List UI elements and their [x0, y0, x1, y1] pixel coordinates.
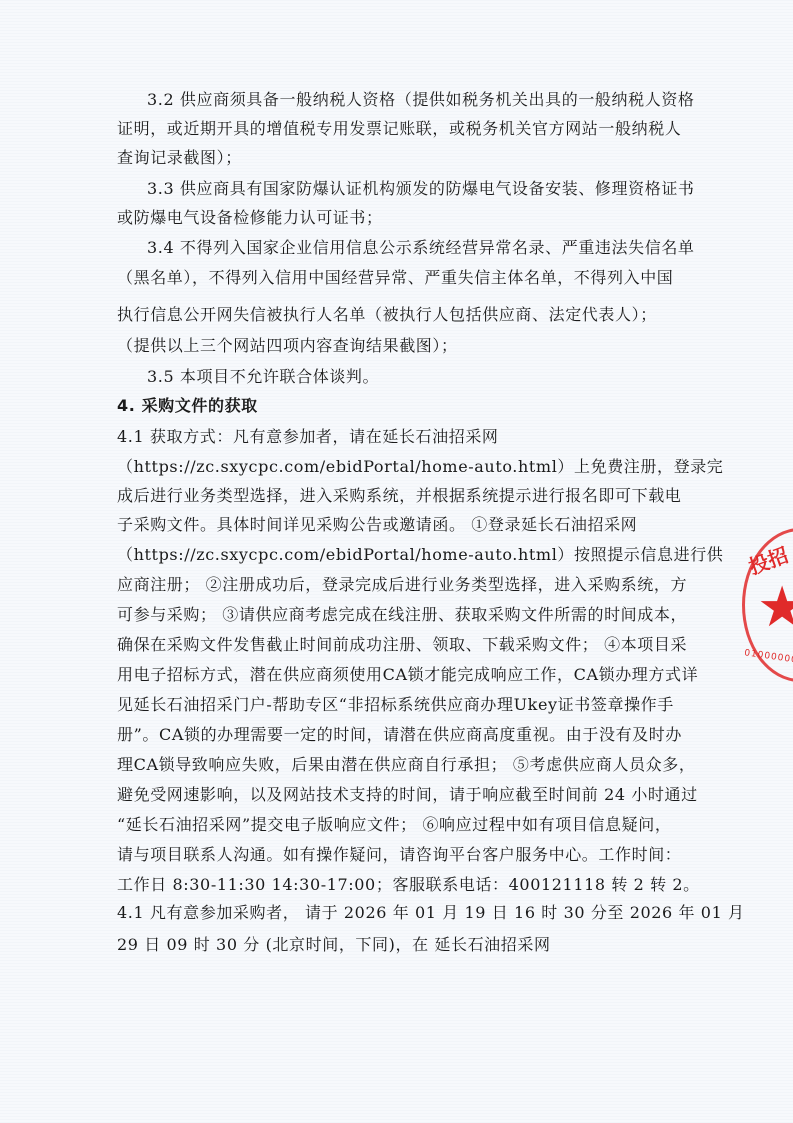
clause-4-1-line-16: 工作日 8:30-11:30 14:30-17:00；客服联系电话：400121…: [117, 873, 697, 897]
seal-star-icon: ★: [757, 580, 793, 636]
clause-3-4-line-2: （黑名单），不得列入信用中国经营异常、严重失信主体名单，不得列入中国: [117, 266, 697, 290]
clause-4-1-line-10: 见延长石油招采门户-帮助专区“非招标系统供应商办理Ukey证书签章操作手: [117, 693, 697, 717]
clause-3-2-line-2: 证明，或近期开具的增值税专用发票记账联，或税务机关官方网站一般纳税人: [117, 117, 697, 141]
clause-4-1-line-5: （https://zc.sxycpc.com/ebidPortal/home-a…: [117, 543, 697, 567]
clause-4-1-line-9: 用电子招标方式，潜在供应商须使用CA锁才能完成响应工作，CA锁办理方式详: [117, 663, 697, 687]
clause-3-3-line-1: 3.3 供应商具有国家防爆认证机构颁发的防爆电气设备安装、修理资格证书: [147, 177, 727, 201]
clause-3-2-line-1: 3.2 供应商须具备一般纳税人资格（提供如税务机关出具的一般纳税人资格: [147, 88, 727, 112]
clause-3-2-line-3: 查询记录截图）；: [117, 146, 697, 170]
clause-4-1-line-6: 应商注册； ②注册成功后，登录完成后进行业务类型选择，进入采购系统，方: [117, 573, 697, 597]
clause-4-1-line-12: 理CA锁导致响应失败，后果由潜在供应商自行承担； ⑤考虑供应商人员众多，: [117, 753, 697, 777]
clause-4-1-line-8: 确保在采购文件发售截止时间前成功注册、领取、下载采购文件； ④本项目采: [117, 633, 697, 657]
clause-4-1-line-15: 请与项目联系人沟通。如有操作疑问，请咨询平台客户服务中心。工作时间：: [117, 843, 697, 867]
clause-4-1-line-11: 册”。CA锁的办理需要一定的时间，请潜在供应商高度重视。由于没有及时办: [117, 723, 697, 747]
clause-3-5: 3.5 本项目不允许联合体谈判。: [147, 365, 727, 389]
clause-4-1-line-3: 成后进行业务类型选择，进入采购系统，并根据系统提示进行报名即可下载电: [117, 484, 697, 508]
document-page: 3.2 供应商须具备一般纳税人资格（提供如税务机关出具的一般纳税人资格 证明，或…: [0, 0, 793, 1123]
clause-4-1-line-1: 4.1 获取方式：凡有意参加者，请在延长石油招采网: [117, 425, 697, 449]
clause-3-3-line-2: 或防爆电气设备检修能力认可证书；: [117, 206, 697, 230]
clause-4-1b-line-2: 29 日 09 时 30 分 (北京时间，下同)，在 延长石油招采网: [117, 933, 697, 957]
clause-4-1-line-13: 避免受网速影响，以及网站技术支持的时间，请于响应截至时间前 24 小时通过: [117, 783, 697, 807]
clause-4-1-line-2: （https://zc.sxycpc.com/ebidPortal/home-a…: [117, 455, 697, 479]
section-4-heading: 4. 采购文件的获取: [117, 394, 697, 418]
clause-4-1-line-14: “延长石油招采网”提交电子版响应文件； ⑥响应过程中如有项目信息疑问，: [117, 813, 697, 837]
clause-4-1-line-7: 可参与采购； ③请供应商考虑完成在线注册、获取采购文件所需的时间成本，: [117, 603, 697, 627]
clause-3-4-line-3: 执行信息公开网失信被执行人名单（被执行人包括供应商、法定代表人）；: [117, 303, 697, 327]
clause-3-4-line-1: 3.4 不得列入国家企业信用信息公示系统经营异常名录、严重违法失信名单: [147, 236, 727, 260]
clause-3-4-line-4: （提供以上三个网站四项内容查询结果截图）；: [117, 334, 697, 358]
clause-4-1b-line-1: 4.1 凡有意参加采购者， 请于 2026 年 01 月 19 日 16 时 3…: [117, 901, 697, 925]
clause-4-1-line-4: 子采购文件。具体时间详见采购公告或邀请函。 ①登录延长石油招采网: [117, 513, 697, 537]
